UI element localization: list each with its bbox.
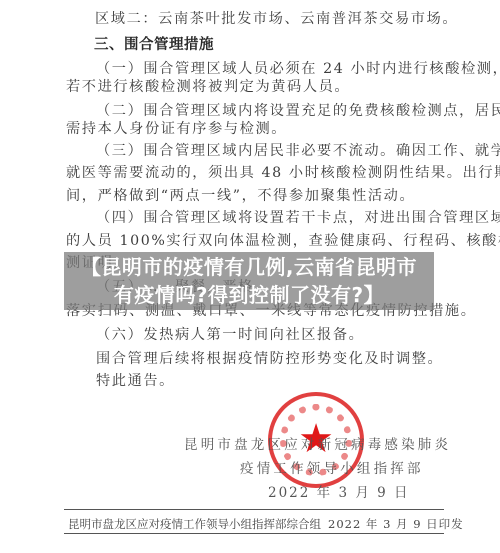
footer-bottom-rule: [64, 533, 444, 534]
text-line: （一）围合管理区域人员必须在 24 小时内进行核酸检测，: [96, 58, 500, 78]
signature-org-line2: 疫情工作领导小组指挥部: [240, 457, 424, 477]
text-line: 区域二：云南茶叶批发市场、云南普洱茶交易市场。: [95, 8, 458, 28]
text-line: 特此通告。: [96, 370, 175, 390]
footer-issue-date: 2022 年 3 月 9 日印发: [328, 516, 464, 532]
overlay-title-line1: 【昆明市的疫情有几例,云南省昆明市: [64, 253, 434, 281]
text-line: （二）围合管理区域内将设置充足的免费核酸检测点，居民: [96, 100, 500, 120]
text-line: （六）发热病人第一时间向社区报备。: [96, 324, 364, 344]
text-line: 围合管理后续将根据疫情防控形势变化及时调整。: [96, 348, 443, 368]
footer-top-rule: [64, 509, 444, 510]
overlay-title-line2: 有疫情吗?得到控制了没有?】: [64, 281, 434, 309]
text-line: （四）围合管理区域将设置若干卡点，对进出围合管理区域: [96, 207, 500, 227]
signature-date: 2022 年 3 月 9 日: [268, 481, 410, 501]
text-line: 需持本人身份证有序参与检测。: [66, 118, 287, 138]
text-line: 间，严格做到“两点一线”，不得参加聚集性活动。: [66, 185, 415, 205]
footer-issuer: 昆明市盘龙区应对疫情工作领导小组指挥部综合组: [68, 516, 321, 532]
text-line: 若不进行核酸检测将被判定为黄码人员。: [66, 76, 350, 96]
signature-org-line1: 昆明市盘龙区应对新冠病毒感染肺炎: [184, 433, 451, 453]
text-line: 的人员 100%实行双向体温检测，查验健康码、行程码、核酸检: [66, 230, 500, 250]
text-line: （三）围合管理区域内居民非必要不流动。确因工作、就学、: [96, 140, 500, 160]
text-line: 就医等需要流动的，须出具 48 小时核酸检测阴性结果。出行期: [66, 162, 500, 182]
overlay-title: 【昆明市的疫情有几例,云南省昆明市 有疫情吗?得到控制了没有?】: [64, 253, 434, 309]
section-heading: 三、围合管理措施: [94, 33, 214, 54]
